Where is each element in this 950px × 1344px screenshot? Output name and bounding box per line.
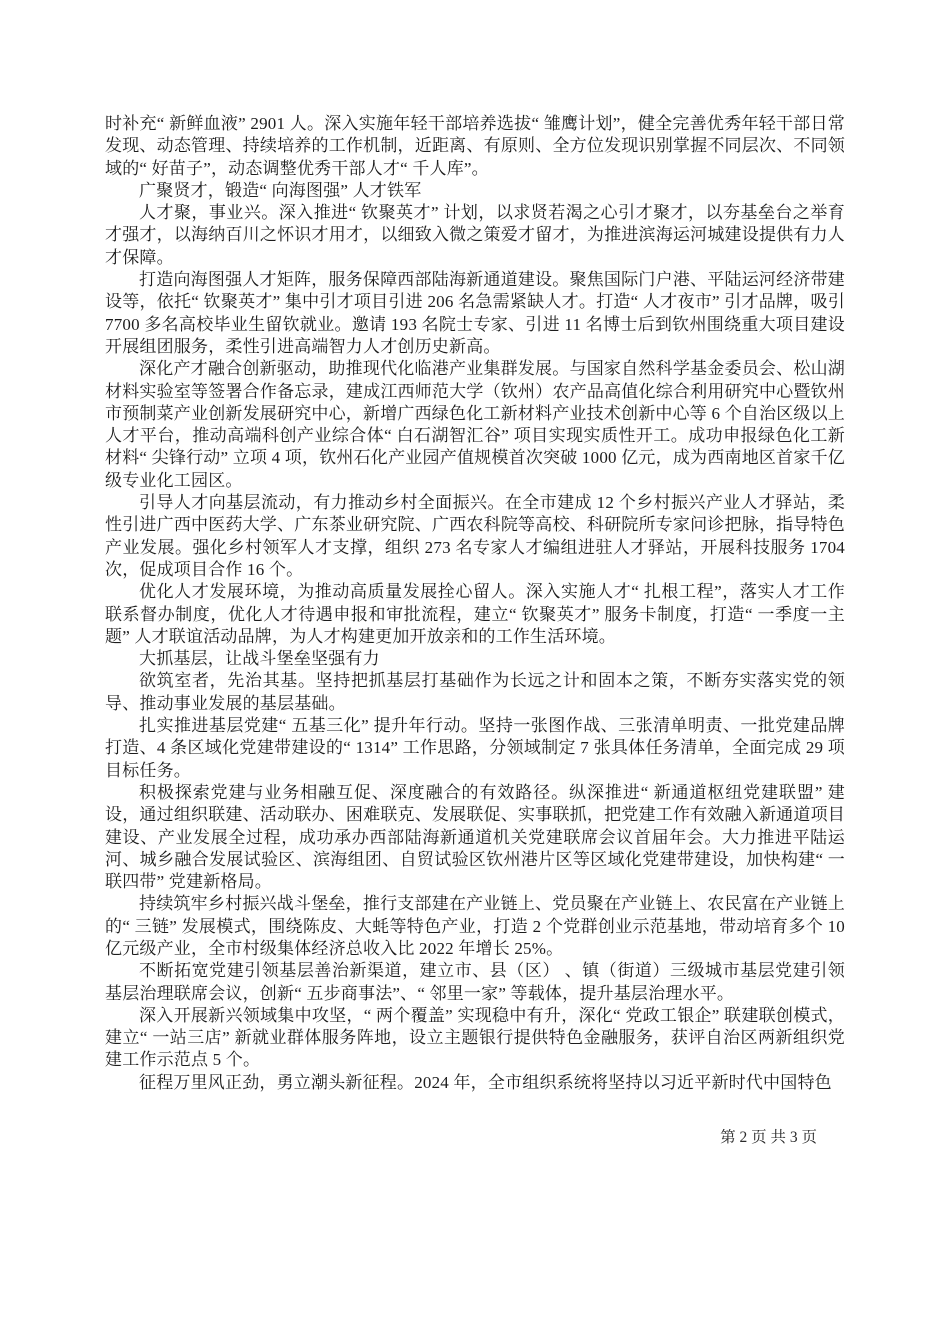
paragraph: 优化人才发展环境，为推动高质量发展拴心留人。深入实施人才“ 扎根工程”，落实人才… (105, 581, 845, 648)
paragraph: 扎实推进基层党建“ 五基三化” 提升年行动。坚持一张图作战、三张清单明责、一批党… (105, 715, 845, 782)
section-heading-grassroots: 大抓基层，让战斗堡垒坚强有力 (105, 648, 845, 670)
document-body: 时补充“ 新鲜血液” 2901 人。深入实施年轻干部培养选拔“ 雏鹰计划”，健全… (105, 113, 845, 1094)
paragraph: 欲筑室者，先治其基。坚持把抓基层打基础作为长远之计和固本之策，不断夯实落实党的领… (105, 670, 845, 715)
paragraph: 深化产才融合创新驱动，助推现代化临港产业集群发展。与国家自然科学基金委员会、松山… (105, 358, 845, 492)
paragraph: 积极探索党建与业务相融互促、深度融合的有效路径。纵深推进“ 新通道枢纽党建联盟”… (105, 782, 845, 893)
paragraph: 引导人才向基层流动，有力推动乡村全面振兴。在全市建成 12 个乡村振兴产业人才驿… (105, 492, 845, 581)
paragraph: 深入开展新兴领域集中攻坚，“ 两个覆盖” 实现稳中有升，深化“ 党政工银企” 联… (105, 1005, 845, 1072)
section-heading-talent: 广聚贤才，锻造“ 向海图强” 人才铁军 (105, 180, 845, 202)
paragraph: 不断拓宽党建引领基层善治新渠道，建立市、县（区） 、镇（街道）三级城市基层党建引… (105, 960, 845, 1005)
document-page: 时补充“ 新鲜血液” 2901 人。深入实施年轻干部培养选拔“ 雏鹰计划”，健全… (0, 0, 950, 1344)
paragraph: 打造向海图强人才矩阵，服务保障西部陆海新通道建设。聚焦国际门户港、平陆运河经济带… (105, 269, 845, 358)
paragraph-continuation: 时补充“ 新鲜血液” 2901 人。深入实施年轻干部培养选拔“ 雏鹰计划”，健全… (105, 113, 845, 180)
paragraph-continues-next-page: 征程万里风正劲，勇立潮头新征程。2024 年，全市组织系统将坚持以习近平新时代中… (105, 1072, 845, 1094)
paragraph: 持续筑牢乡村振兴战斗堡垒，推行支部建在产业链上、党员聚在产业链上、农民富在产业链… (105, 893, 845, 960)
paragraph: 人才聚，事业兴。深入推进“ 钦聚英才” 计划，以求贤若渴之心引才聚才，以夯基垒台… (105, 202, 845, 269)
page-number-footer: 第 2 页 共 3 页 (720, 1128, 817, 1148)
